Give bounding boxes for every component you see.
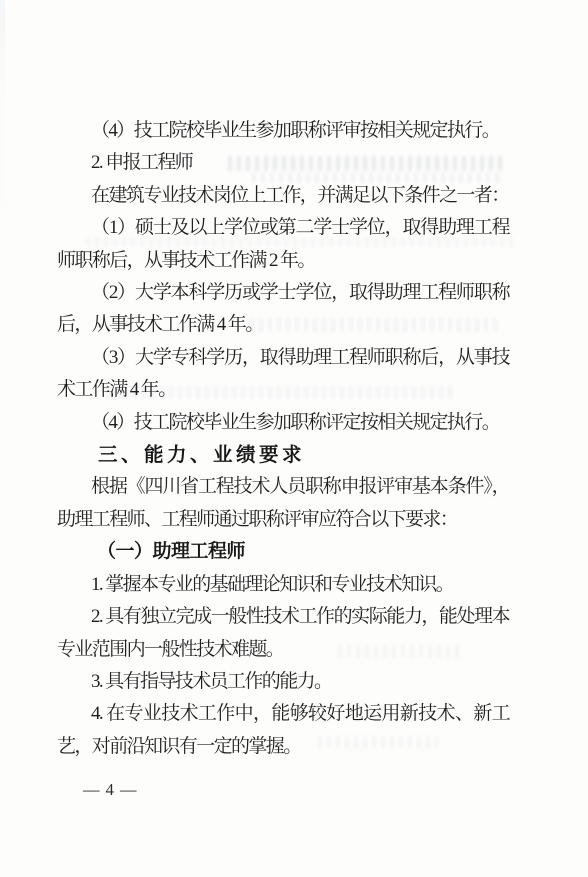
para-requirement-3-guidance: 3. 具有指导技术员工作的能力。	[57, 666, 509, 698]
para-engineer-precondition: 在建筑专业技术岗位上工作，并满足以下条件之一者：	[57, 180, 509, 212]
para-condition-1-master-degree: （1）硕士及以上学位或第二学士学位，取得助理工程师职称后，从事技术工作满 2 年…	[57, 212, 509, 277]
scanned-document-page: （4）技工院校毕业生参加职称评审按相关规定执行。 2. 申报工程师 在建筑专业技…	[0, 0, 588, 877]
para-requirement-2-independence: 2. 具有独立完成一般性技术工作的实际能力，能处理本专业范围内一般性技术难题。	[57, 601, 509, 666]
section-heading-ability-performance: 三、能力、业绩要求	[57, 439, 509, 471]
para-tech-school-review-rule: （4）技工院校毕业生参加职称评审按相关规定执行。	[57, 115, 509, 147]
document-text-block: （4）技工院校毕业生参加职称评审按相关规定执行。 2. 申报工程师 在建筑专业技…	[57, 115, 509, 763]
para-condition-3-college-diploma: （3）大学专科学历，取得助理工程师职称后，从事技术工作满 4 年。	[57, 342, 509, 407]
para-item-2-apply-engineer: 2. 申报工程师	[57, 147, 509, 179]
page-number: — 4 —	[83, 780, 138, 800]
para-requirement-4-new-technology: 4. 在专业技术工作中，能够较好地运用新技术、新工艺，对前沿知识有一定的掌握。	[57, 698, 509, 763]
scan-edge-tint	[0, 0, 5, 877]
para-condition-4-tech-school: （4）技工院校毕业生参加职称评定按相关规定执行。	[57, 407, 509, 439]
para-basis-sichuan-criteria: 根据《四川省工程技术人员职称申报评审基本条件》，助理工程师、工程师通过职称评审应…	[57, 471, 509, 536]
para-requirement-1-knowledge: 1. 掌握本专业的基础理论知识和专业技术知识。	[57, 569, 509, 601]
subheading-assistant-engineer: （一）助理工程师	[57, 536, 509, 568]
para-condition-2-bachelor-degree: （2）大学本科学历或学士学位，取得助理工程师职称后，从事技术工作满 4 年。	[57, 277, 509, 342]
